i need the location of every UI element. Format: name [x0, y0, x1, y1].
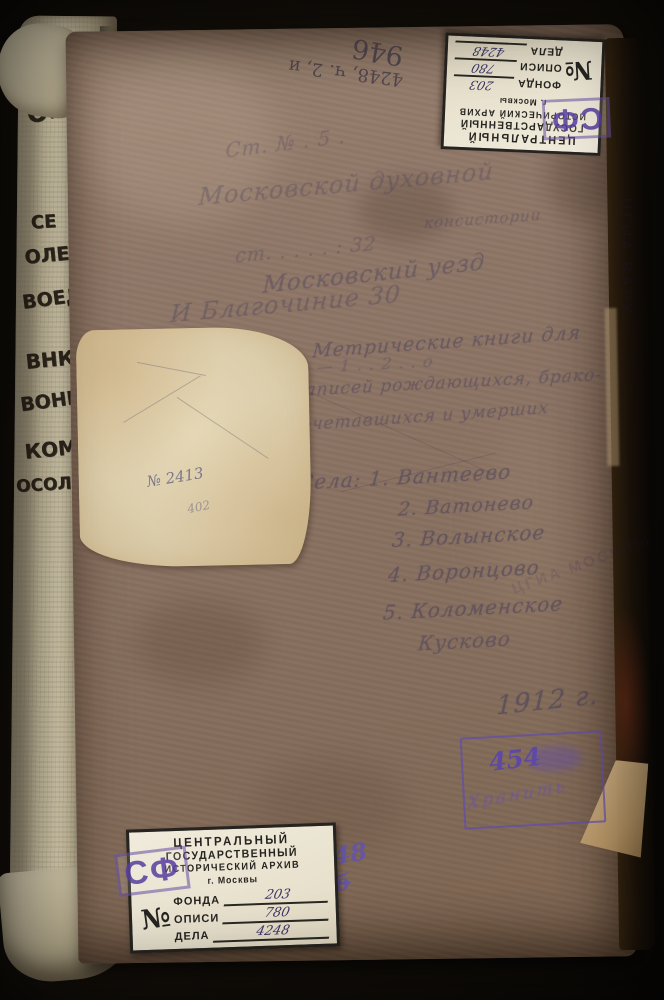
pasted-paper-patch: № 2413 402 [76, 326, 313, 569]
row-value-handwritten: 4248 [213, 922, 332, 942]
row-value-handwritten: 780 [451, 58, 517, 75]
keep-stamp-caption: Хранить [467, 776, 568, 814]
row-value-handwritten: 203 [223, 887, 331, 906]
row-label: ФОНДА [517, 77, 561, 90]
keep-stamp-smudge [528, 745, 581, 772]
wear-stain [133, 599, 264, 686]
patch-pencil-number-small: 402 [186, 498, 211, 516]
pencil-scribble [177, 397, 269, 459]
row-label: ДЕЛА [174, 930, 209, 943]
row-label: ФОНДА [173, 894, 220, 908]
row-label: ОПИСИ [519, 61, 562, 74]
pencil-scribble [137, 362, 206, 376]
handwriting-line: Кусково [417, 629, 512, 654]
number-sign: № [560, 44, 597, 96]
label-row-fond: ФОНДА 203 [452, 74, 562, 93]
number-sign: № [135, 891, 178, 948]
row-value-handwritten: 780 [223, 905, 332, 924]
archive-book-photo: М ОВСК. СЕ ОЛЕО ВОЕД ВНКОЕ ВОНЦВО КОМЧ- … [0, 0, 664, 1000]
row-label: ДЕЛА [530, 44, 563, 57]
sf-purple-stamp: СФ [114, 846, 191, 897]
sf-purple-stamp: СФ [542, 97, 611, 140]
pencil-scribble [123, 375, 201, 422]
archive-label-bottom: ЦЕНТРАЛЬНЫЙ ГОСУДАРСТВЕННЫЙ ИСТОРИЧЕСКИЙ… [126, 822, 340, 953]
archive-label-top-inverted: ЦЕНТРАЛЬНЫЙ ГОСУДАРСТВЕННЫЙ ИСТОРИЧЕСКИЙ… [441, 32, 606, 156]
row-label: ОПИСИ [174, 912, 220, 926]
archive-keep-stamp: 454 Хранить [460, 730, 607, 829]
label-row-delo: ДЕЛА 4248 [174, 922, 330, 943]
row-value-handwritten: 4248 [451, 41, 527, 59]
spine-text-fragment: СЕ [30, 213, 57, 232]
patch-pencil-number: № 2413 [146, 464, 205, 491]
row-value-handwritten: 203 [450, 74, 515, 91]
